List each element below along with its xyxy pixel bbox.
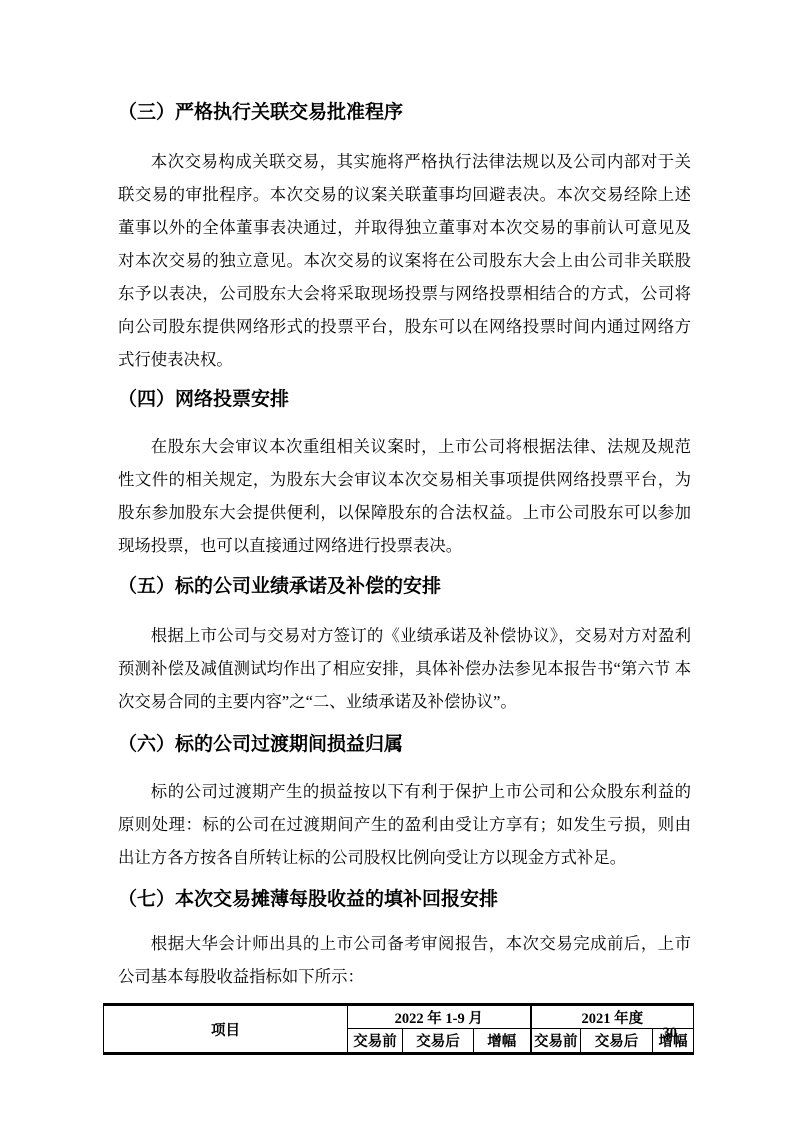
table-subheader-2022-change: 增幅 <box>474 1029 531 1054</box>
section-paragraph-7: 根据大华会计师出具的上市公司备考审阅报告，本次交易完成前后，上市公司基本每股收益… <box>118 927 691 993</box>
table-subheader-2021-post: 交易后 <box>581 1029 653 1054</box>
section-paragraph-6: 标的公司过渡期产生的损益按以下有利于保护上市公司和公众股东利益的原则处理：标的公… <box>118 775 691 874</box>
eps-comparison-table: 项目 2022 年 1-9 月 2021 年度 交易前 交易后 增幅 交易前 交… <box>103 1003 694 1055</box>
section-heading-3: （三）严格执行关联交易批准程序 <box>118 100 693 126</box>
section-paragraph-3: 本次交易构成关联交易，其实施将严格执行法律法规以及公司内部对于关联交易的审批程序… <box>118 145 691 376</box>
table-subheader-2021-pre: 交易前 <box>531 1029 581 1054</box>
table-subheader-2022-post: 交易后 <box>403 1029 474 1054</box>
section-paragraph-5: 根据上市公司与交易对方签订的《业绩承诺及补偿协议》，交易对方对盈利预测补偿及减值… <box>118 619 691 718</box>
section-heading-6: （六）标的公司过渡期间损益归属 <box>118 732 693 758</box>
table-subheader-2022-pre: 交易前 <box>348 1029 403 1054</box>
page-number: 30 <box>663 1025 678 1042</box>
section-heading-4: （四）网络投票安排 <box>118 387 693 413</box>
document-page: （三）严格执行关联交易批准程序 本次交易构成关联交易，其实施将严格执行法律法规以… <box>0 0 793 1122</box>
page-content: （三）严格执行关联交易批准程序 本次交易构成关联交易，其实施将严格执行法律法规以… <box>0 100 793 1055</box>
section-paragraph-4: 在股东大会审议本次重组相关议案时，上市公司将根据法律、法规及规范性文件的相关规定… <box>118 430 691 562</box>
table-header-group-2022: 2022 年 1-9 月 <box>348 1005 531 1029</box>
section-heading-7: （七）本次交易摊薄每股收益的填补回报安排 <box>118 887 693 913</box>
table-header-item: 项目 <box>104 1005 348 1054</box>
section-heading-5: （五）标的公司业绩承诺及补偿的安排 <box>118 574 693 600</box>
